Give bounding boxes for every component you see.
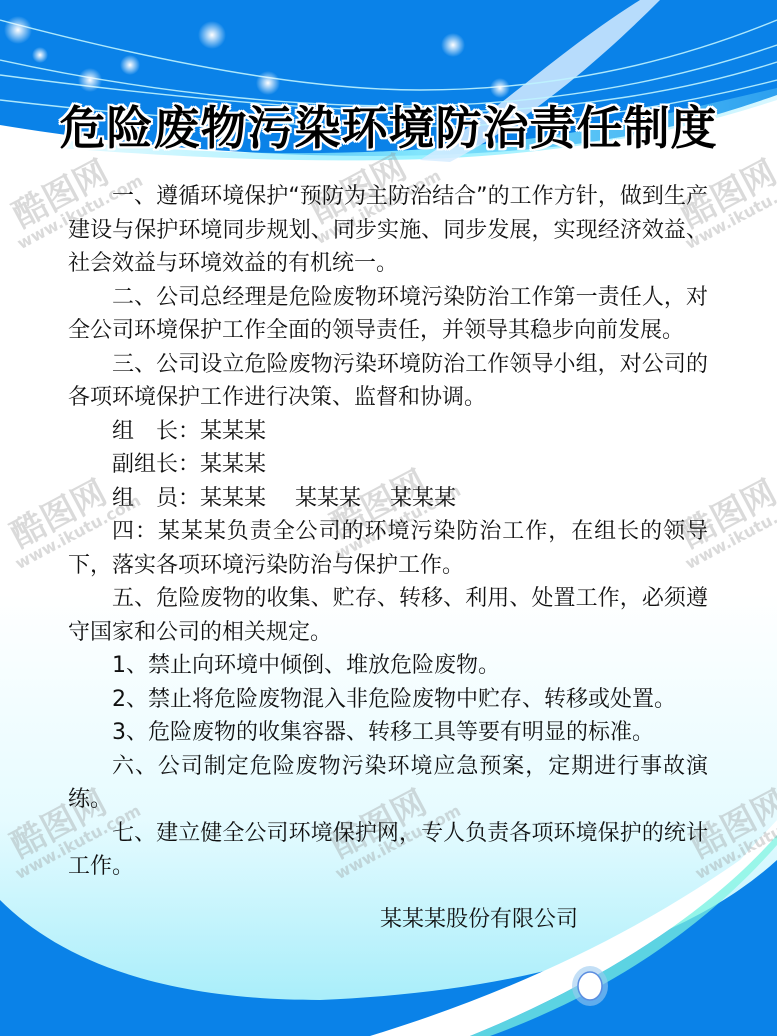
member-names: 某某某 某某某 某某某 [200,486,456,511]
clause-5: 五、危险废物的收集、贮存、转移、利用、处置工作，必须遵守国家和公司的相关规定。 [68,582,708,649]
clause-7: 七、建立健全公司环境保护网，专人负责各项环境保护的统计工作。 [68,817,708,884]
clause-3: 三、公司设立危险废物污染环境防治工作领导小组，对公司的各项环境保护工作进行决策、… [68,348,708,415]
role-label: 组 员： [112,486,200,511]
poster-title: 危险废物污染环境防治责任制度 [0,100,777,156]
clause-2: 二、公司总经理是危险废物环境污染防治工作第一责任人，对全公司环境保护工作全面的领… [68,281,708,348]
role-label: 副组长： [112,452,200,477]
rule-2: 2、禁止将危险废物混入非危险废物中贮存、转移或处置。 [68,683,708,717]
member-names: 某某某 [200,419,266,444]
clause-1: 一、遵循环境保护“预防为主防治结合”的工作方针，做到生产建设与保护环境同步规划、… [68,180,708,281]
rule-3: 3、危险废物的收集容器、转移工具等要有明显的标准。 [68,716,708,750]
member-names: 某某某 [200,452,266,477]
role-label: 组 长： [112,419,200,444]
team-members: 组 员：某某某 某某某 某某某 [68,482,708,516]
company-signature: 某某某股份有限公司 [380,902,578,933]
rule-1: 1、禁止向环境中倾倒、堆放危险废物。 [68,649,708,683]
team-leader: 组 长：某某某 [68,415,708,449]
regulation-body: 一、遵循环境保护“预防为主防治结合”的工作方针，做到生产建设与保护环境同步规划、… [68,180,708,884]
clause-6: 六、公司制定危险废物污染环境应急预案，定期进行事故演练。 [68,750,708,817]
clause-4: 四：某某某负责全公司的环境污染防治工作，在组长的领导下，落实各项环境污染防治与保… [68,515,708,582]
team-deputy: 副组长：某某某 [68,448,708,482]
